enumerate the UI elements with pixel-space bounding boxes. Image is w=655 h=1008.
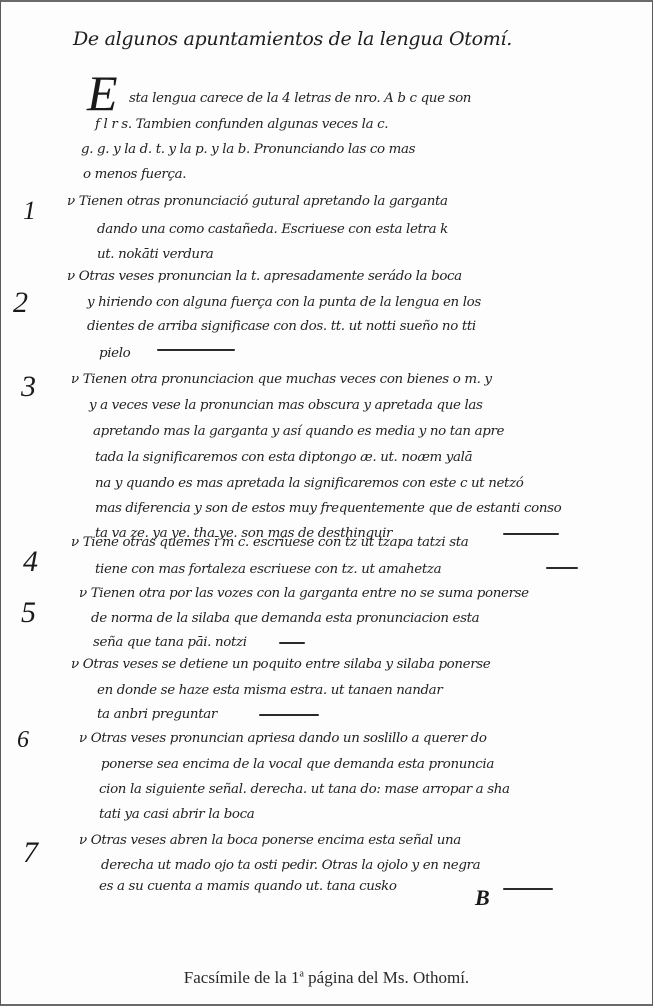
- section-line: dientes de arriba significase con dos. t…: [87, 320, 476, 333]
- section-line: tati ya casi abrir la boca: [99, 808, 254, 821]
- section-line: ν Tienen otra por las vozes con la garga…: [79, 587, 529, 600]
- section-number: 1: [23, 198, 36, 224]
- intro-line: g. g. y la d. t. y la p. y la b. Pronunc…: [81, 143, 415, 156]
- section-line: tiene con mas fortaleza escriuese con tz…: [95, 563, 441, 576]
- section-line: ν Tiene otras quemes ī m c. escriuese co…: [71, 536, 468, 549]
- section-number: 3: [21, 372, 36, 402]
- section-line: ν Otras veses abren la boca ponerse enci…: [79, 834, 461, 847]
- section-line: es a su cuenta a mamis quando ut. tana c…: [99, 880, 397, 893]
- decorated-initial: E: [87, 68, 118, 118]
- section-number: 5: [21, 598, 36, 628]
- section-line: pielo: [99, 347, 130, 360]
- section-line: de norma de la silaba que demanda esta p…: [91, 612, 479, 625]
- line-filler-dash: [503, 888, 553, 890]
- line-filler-dash: [157, 349, 235, 351]
- caption-text: Facsímile de la 1: [184, 968, 300, 987]
- section-number: 4: [23, 547, 38, 577]
- section-line: en donde se haze esta misma estra. ut ta…: [97, 684, 442, 697]
- section-line: ν Otras veses pronuncian la t. apresadam…: [67, 270, 462, 283]
- section-line: ponerse sea encima de la vocal que deman…: [101, 758, 494, 771]
- line-filler-dash: [503, 533, 559, 535]
- section-line: ν Otras veses se detiene un poquito entr…: [71, 658, 490, 671]
- section-number: 6: [17, 728, 29, 752]
- section-line: na y quando es mas apretada la significa…: [95, 477, 524, 490]
- line-filler-dash: [279, 642, 305, 644]
- intro-line: sta lengua carece de la 4 letras de nro.…: [129, 92, 471, 105]
- signature-mark: B: [475, 885, 490, 911]
- section-number: 7: [23, 838, 38, 868]
- section-line: ν Tienen otras pronunciació gutural apre…: [67, 195, 448, 208]
- manuscript-page: De algunos apuntamientos de la lengua Ot…: [0, 0, 653, 1006]
- section-line: y a veces vese la pronuncian mas obscura…: [89, 399, 483, 412]
- section-line: dando una como castañeda. Escriuese con …: [97, 223, 448, 236]
- intro-line: o menos fuerça.: [83, 168, 186, 181]
- line-filler-dash: [546, 567, 578, 569]
- section-line: y hiriendo con alguna fuerça con la punt…: [87, 296, 481, 309]
- section-number: 2: [13, 288, 28, 318]
- section-line: ν Otras veses pronuncian apriesa dando u…: [79, 732, 487, 745]
- section-line: tada la significaremos con esta diptongo…: [95, 451, 472, 464]
- section-line: cion la siguiente señal. derecha. ut tan…: [99, 783, 510, 796]
- caption-text-end: página del Ms. Othomí.: [304, 968, 469, 987]
- section-line: apretando mas la garganta y así quando e…: [93, 425, 504, 438]
- figure-caption: Facsímile de la 1a página del Ms. Othomí…: [1, 968, 652, 988]
- section-line: seña que tana pāi. notzi: [93, 636, 247, 649]
- section-line: derecha ut mado ojo ta osti pedir. Otras…: [101, 859, 480, 872]
- section-line: ν Tienen otra pronunciacion que muchas v…: [71, 373, 492, 386]
- line-filler-dash: [259, 714, 319, 716]
- section-line: ta anbri preguntar: [97, 708, 217, 721]
- intro-line: f l r s. Tambien confunden algunas veces…: [95, 118, 388, 131]
- section-line: mas diferencia y son de estos muy freque…: [95, 502, 561, 515]
- manuscript-title: De algunos apuntamientos de la lengua Ot…: [73, 28, 512, 50]
- section-line: ut. nokāti verdura: [97, 248, 213, 261]
